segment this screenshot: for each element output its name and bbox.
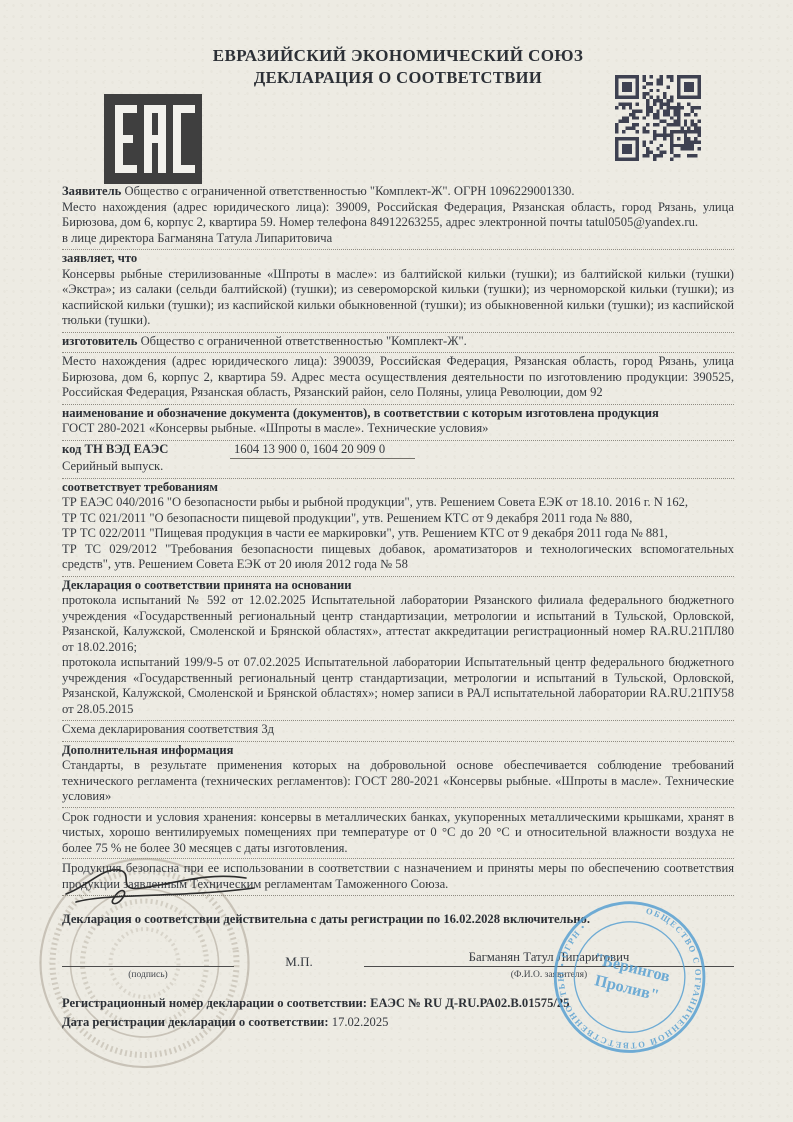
manufacturer-section: изготовитель Общество с ограниченной отв…: [62, 333, 734, 354]
handwritten-signature: [58, 858, 268, 915]
manufacturer-label: изготовитель: [62, 334, 137, 348]
additional-standards: Стандарты, в результате применения котор…: [62, 758, 734, 805]
tnved-codes: 1604 13 900 0, 1604 20 909 0: [230, 442, 415, 460]
registration-date-label: Дата регистрации декларации о соответств…: [62, 1015, 329, 1029]
union-title: ЕВРАЗИЙСКИЙ ЭКОНОМИЧЕСКИЙ СОЮЗ: [62, 46, 734, 66]
applicant-label: Заявитель: [62, 184, 121, 198]
signature-caption: (подпись): [62, 968, 234, 984]
tnved-section: код ТН ВЭД ЕАЭС 1604 13 900 0, 1604 20 9…: [62, 441, 734, 479]
basis-label: Декларация о соответствии принята на осн…: [62, 578, 734, 594]
registration-date-value: 17.02.2025: [332, 1015, 389, 1029]
blue-seal-ring-text: ОБЩЕСТВО С ОГРАНИЧЕННОЙ ОТВЕТСТВЕННОСТЬЮ…: [540, 888, 719, 1067]
eac-mark-icon: [104, 94, 202, 189]
declares-label: заявляет, что: [62, 251, 734, 267]
product-document-section: наименование и обозначение документа (до…: [62, 405, 734, 441]
compliance-item: ТР ТС 021/2011 "О безопасности пищевой п…: [62, 511, 734, 527]
seal-place-label: М.П.: [234, 954, 364, 984]
tnved-label: код ТН ВЭД ЕАЭС: [62, 442, 230, 458]
svg-text:ОБЩЕСТВО С ОГРАНИЧЕННОЙ ОТВЕТС: ОБЩЕСТВО С ОГРАНИЧЕННОЙ ОТВЕТСТВЕННОСТЬЮ…: [540, 888, 719, 1067]
basis-protocol: протокола испытаний 199/9-5 от 07.02.202…: [62, 655, 734, 717]
scheme-section: Схема декларирования соответствия 3д: [62, 721, 734, 742]
serial-production: Серийный выпуск.: [62, 459, 734, 475]
manufacturer-address-section: Место нахождения (адрес юридического лиц…: [62, 353, 734, 405]
basis-protocol: протокола испытаний № 592 от 12.02.2025 …: [62, 593, 734, 655]
registration-number-label: Регистрационный номер декларации о соотв…: [62, 996, 367, 1010]
product-document-value: ГОСТ 280-2021 «Консервы рыбные. «Шпроты …: [62, 421, 734, 437]
applicant-address: Место нахождения (адрес юридического лиц…: [62, 200, 734, 231]
product-document-label: наименование и обозначение документа (до…: [62, 406, 734, 422]
qr-code-icon: [615, 75, 701, 166]
compliance-item: ТР ТС 029/2012 "Требования безопасности …: [62, 542, 734, 573]
compliance-item: ТР ЕАЭС 040/2016 "О безопасности рыбы и …: [62, 495, 734, 511]
applicant-text: Общество с ограниченной ответственностью…: [124, 184, 574, 198]
signature-line: [62, 952, 234, 967]
scheme-text: Схема декларирования соответствия 3д: [62, 722, 734, 738]
compliance-section: соответствует требованиям ТР ЕАЭС 040/20…: [62, 479, 734, 577]
compliance-item: ТР ТС 022/2011 "Пищевая продукция в част…: [62, 526, 734, 542]
basis-section: Декларация о соответствии принята на осн…: [62, 577, 734, 722]
additional-storage: Срок годности и условия хранения: консер…: [62, 807, 734, 857]
products-description: Консервы рыбные стерилизованные «Шпроты …: [62, 267, 734, 329]
compliance-label: соответствует требованиям: [62, 480, 734, 496]
additional-label: Дополнительная информация: [62, 743, 734, 759]
declaration-document-page: ЕВРАЗИЙСКИЙ ЭКОНОМИЧЕСКИЙ СОЮЗ ДЕКЛАРАЦИ…: [0, 0, 793, 1122]
signature-field: (подпись): [62, 952, 234, 984]
applicant-section: Заявитель Общество с ограниченной ответс…: [62, 183, 734, 250]
manufacturer-address: Место нахождения (адрес юридического лиц…: [62, 354, 734, 401]
manufacturer-text: Общество с ограниченной ответственностью…: [141, 334, 467, 348]
declaration-statement-section: заявляет, что Консервы рыбные стерилизов…: [62, 250, 734, 333]
applicant-representative: в лице директора Багманяна Татула Липари…: [62, 231, 734, 247]
